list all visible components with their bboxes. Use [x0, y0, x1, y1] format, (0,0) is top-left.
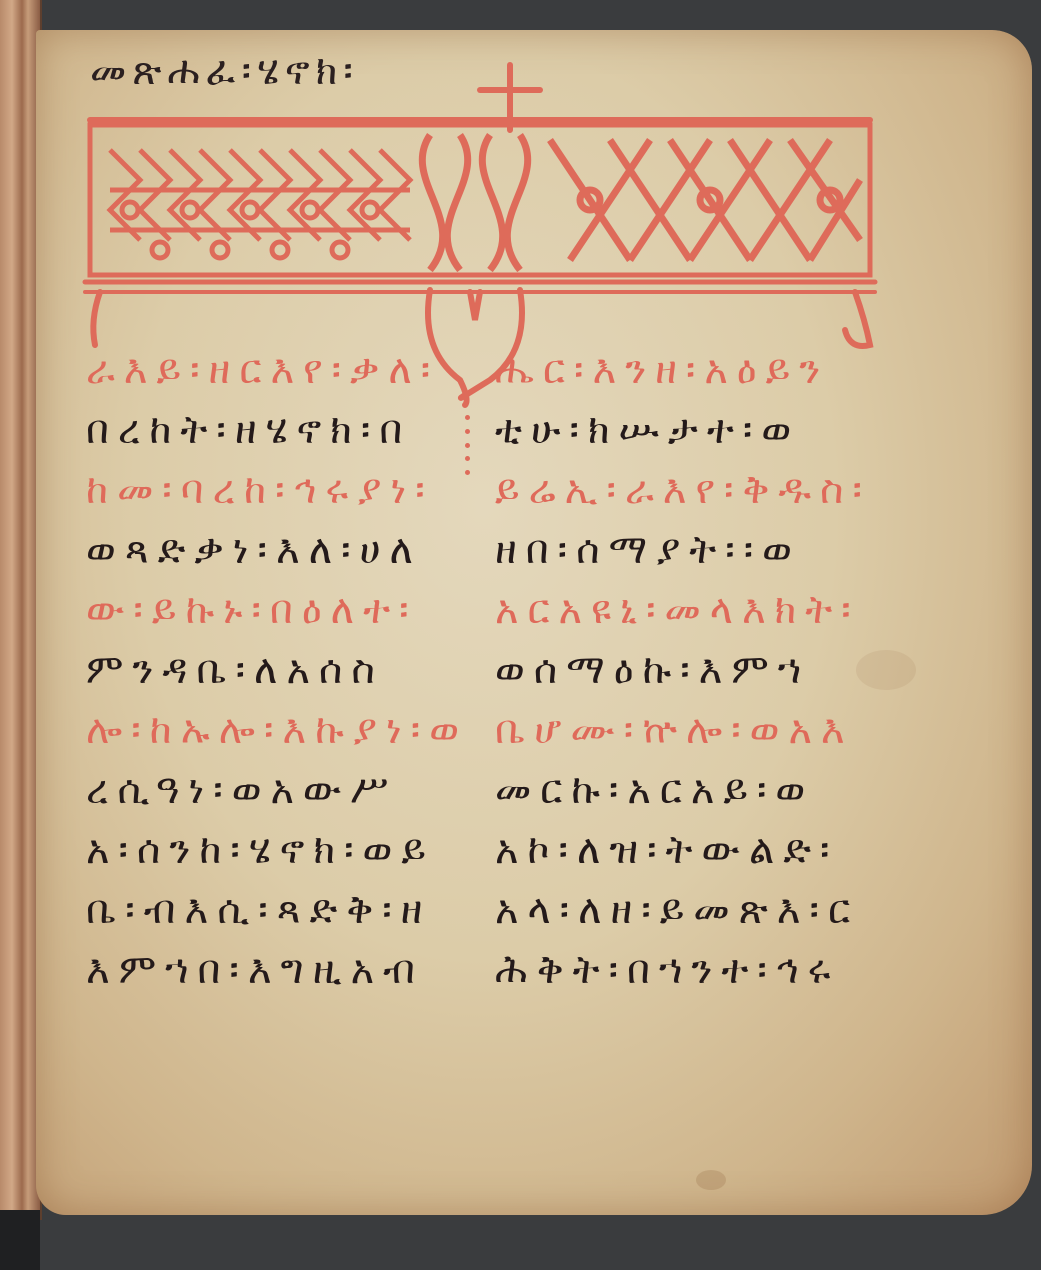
- text-line: ቲሁ፡ክሡታተ፡ወ: [495, 400, 875, 460]
- text-line: ወጻድቃነ፡እለ፡ሀለ: [86, 520, 456, 580]
- text-line: ሔር፡እንዘ፡አዕይን: [495, 340, 875, 400]
- text-line: አላ፡ለዘ፡ይመጽእ፡ር: [495, 880, 875, 940]
- text-line: በረከት፡ዘሄኖክ፡በ: [86, 400, 456, 460]
- text-line: አኮ፡ለዝ፡ትውልድ፡: [495, 820, 875, 880]
- column-separator-dots: [462, 415, 472, 475]
- text-line: አ፡ሰንከ፡ሄኖክ፡ወይ: [86, 820, 456, 880]
- text-line: ሎ፡ከኡሎ፡እኩያነ፡ወ: [86, 700, 456, 760]
- text-line: ምንዳቤ፡ለአሰስ: [86, 640, 456, 700]
- text-line: ቤ፡ብእሲ፡ጻድቅ፡ዘ: [86, 880, 456, 940]
- text-column-left: ራእይ፡ዘርእየ፡ቃለ፡ በረከት፡ዘሄኖክ፡በ ከመ፡ባረከ፡ኅሩያነ፡ ወጻ…: [86, 340, 456, 1000]
- text-line: ሕቅት፡በኀንተ፡ኅሩ: [495, 940, 875, 1000]
- text-line: እምኀበ፡እግዚአብ: [86, 940, 456, 1000]
- text-line: ወሰማዕኩ፡እምኀ: [495, 640, 875, 700]
- text-line: ረሲዓነ፡ወአውሥ: [86, 760, 456, 820]
- text-line: ከመ፡ባረከ፡ኅሩያነ፡: [86, 460, 456, 520]
- binding-shadow: [0, 1210, 40, 1270]
- stain: [696, 1170, 726, 1190]
- text-line: ይሬኢ፡ራእየ፡ቅዱስ፡: [495, 460, 875, 520]
- text-line: መርኩ፡አርአይ፡ወ: [495, 760, 875, 820]
- text-line: ዘበ፡ሰማያት፡፡ወ: [495, 520, 875, 580]
- text-column-right: ሔር፡እንዘ፡አዕይን ቲሁ፡ክሡታተ፡ወ ይሬኢ፡ራእየ፡ቅዱስ፡ ዘበ፡ሰማ…: [495, 340, 875, 1000]
- text-line: ቤሆሙ፡ኵሎ፡ወአእ: [495, 700, 875, 760]
- text-line: አርአዩኒ፡መላእክት፡: [495, 580, 875, 640]
- text-line: ው፡ይኩኑ፡በዕለተ፡: [86, 580, 456, 640]
- text-line: ራእይ፡ዘርእየ፡ቃለ፡: [86, 340, 456, 400]
